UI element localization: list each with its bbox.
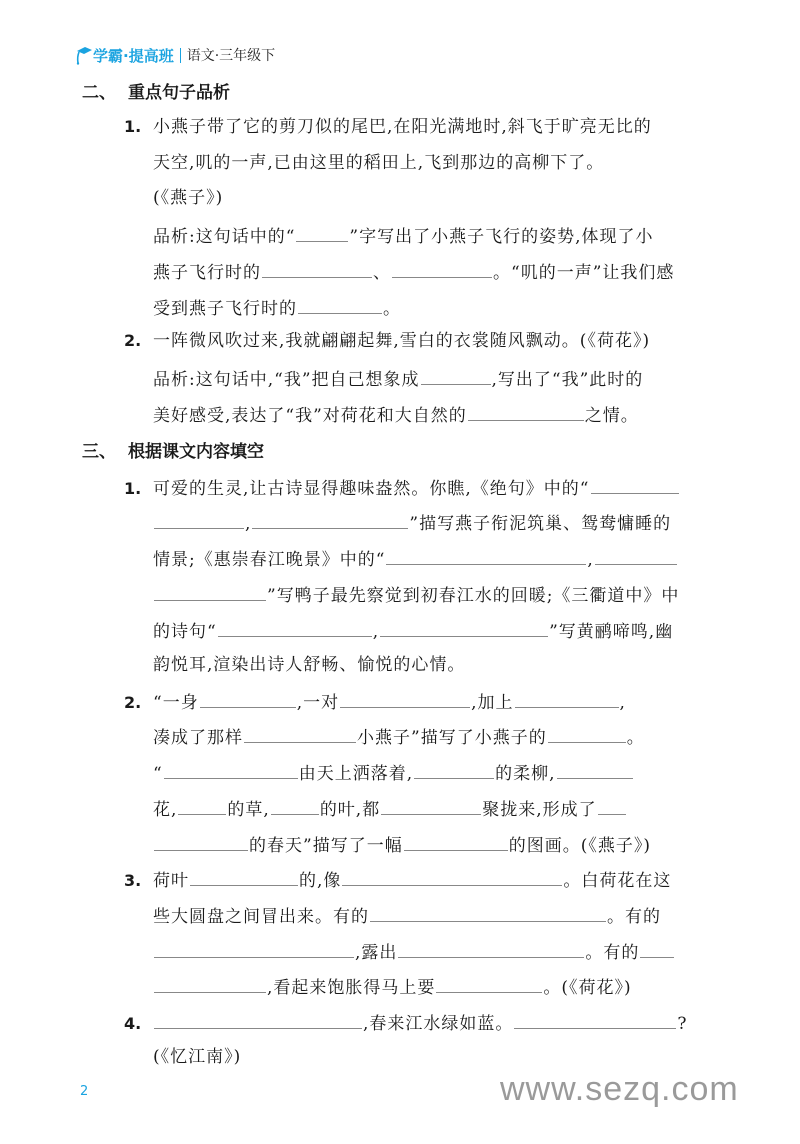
question-text: 的图画。(《燕子》): [509, 836, 651, 856]
answer-blank[interactable]: [218, 618, 372, 637]
question-number: 4.: [124, 1013, 153, 1035]
question-text: 。有的: [585, 943, 639, 963]
answer-blank[interactable]: [591, 475, 679, 494]
question-text: 小燕子”描写了小燕子的: [357, 728, 547, 748]
answer-blank[interactable]: [154, 939, 354, 958]
question-number: 2.: [124, 692, 153, 714]
answer-blank[interactable]: [381, 796, 481, 815]
section-title-text: 根据课文内容填空: [128, 442, 264, 462]
question-line: (《燕子》): [153, 187, 720, 209]
question-text: ”写鸭子最先察觉到初春江水的回暖;《三衢道中》中: [267, 586, 679, 606]
answer-blank[interactable]: [164, 760, 298, 779]
question-line: 凑成了那样小燕子”描写了小燕子的。: [153, 724, 720, 749]
brand-logo: 学霸·提高班: [74, 45, 174, 66]
answer-blank[interactable]: [548, 724, 626, 743]
question-line: ,”描写燕子衔泥筑巢、鸳鸯慵睡的: [153, 510, 720, 535]
answer-blank[interactable]: [154, 582, 266, 601]
question-line: 4.,春来江水绿如蓝。?: [124, 1010, 720, 1035]
graduation-cap-icon: [74, 45, 92, 65]
section-title-2: 二、重点句子品析: [82, 78, 230, 103]
answer-blank[interactable]: [154, 832, 248, 851]
analysis-line: 受到燕子飞行时的。: [153, 295, 720, 320]
question-line: ,看起来饱胀得马上要。(《荷花》): [153, 974, 720, 999]
question-line: “由天上洒落着,的柔柳,: [153, 760, 720, 785]
question-text: ”写黄鹂啼鸣,幽: [549, 622, 673, 642]
question-text: 的叶,都: [320, 800, 380, 820]
answer-blank[interactable]: [296, 223, 348, 242]
answer-blank[interactable]: [514, 1010, 676, 1029]
question-line: 1.小燕子带了它的剪刀似的尾巴,在阳光满地时,斜飞于旷亮无比的: [124, 116, 720, 138]
question-text: ?: [677, 1014, 687, 1034]
answer-blank[interactable]: [640, 939, 674, 958]
question-text: “一身: [153, 693, 199, 713]
question-line: 花,的草,的叶,都聚拢来,形成了: [153, 796, 720, 821]
question-line: 3.荷叶的,像。白荷花在这: [124, 867, 720, 892]
answer-blank[interactable]: [271, 796, 319, 815]
question-text: 小燕子带了它的剪刀似的尾巴,在阳光满地时,斜飞于旷亮无比的: [153, 117, 652, 137]
answer-blank[interactable]: [414, 760, 494, 779]
question-text: 可爱的生灵,让古诗显得趣味盎然。你瞧,《绝句》中的“: [153, 479, 590, 499]
question-text: 聚拢来,形成了: [482, 800, 596, 820]
analysis-line: 燕子飞行时的、。“叽的一声”让我们感: [153, 259, 720, 284]
question-number: 2.: [124, 330, 153, 352]
answer-blank[interactable]: [190, 867, 298, 886]
question-text: ,看起来饱胀得马上要: [267, 978, 435, 998]
question-text: ,一对: [297, 693, 339, 713]
question-line: 1.可爱的生灵,让古诗显得趣味盎然。你瞧,《绝句》中的“: [124, 475, 720, 500]
analysis-text: 品析:这句话中的“: [153, 227, 295, 247]
answer-blank[interactable]: [595, 546, 677, 565]
question-number: 3.: [124, 870, 153, 892]
analysis-text: 。: [383, 299, 401, 319]
question-line: 韵悦耳,渲染出诗人舒畅、愉悦的心情。: [153, 654, 720, 676]
question-text: 韵悦耳,渲染出诗人舒畅、愉悦的心情。: [153, 655, 465, 675]
question-line: 情景;《惠崇春江晚景》中的“,: [153, 546, 720, 571]
analysis-text: 之情。: [585, 406, 639, 426]
question-text: 荷叶: [153, 871, 189, 891]
question-number: 1.: [124, 116, 153, 138]
answer-blank[interactable]: [515, 689, 619, 708]
answer-blank[interactable]: [262, 259, 372, 278]
analysis-text: 、: [373, 263, 391, 283]
answer-blank[interactable]: [557, 760, 633, 779]
header-divider: [180, 48, 181, 63]
question-line: ,露出。有的: [153, 939, 720, 964]
answer-blank[interactable]: [380, 618, 548, 637]
question-line: 的春天”描写了一幅的图画。(《燕子》): [153, 832, 720, 857]
analysis-line: 美好感受,表达了“我”对荷花和大自然的之情。: [153, 402, 720, 427]
answer-blank[interactable]: [421, 366, 491, 385]
answer-blank[interactable]: [342, 867, 562, 886]
section-title-text: 重点句子品析: [128, 83, 230, 103]
section-number: 二、: [82, 78, 128, 103]
analysis-text: 品析:这句话中,“我”把自己想象成: [153, 370, 420, 390]
question-line: (《忆江南》): [153, 1046, 720, 1068]
answer-blank[interactable]: [386, 546, 586, 565]
question-text: ,加上: [471, 693, 513, 713]
question-text: 的草,: [227, 800, 269, 820]
answer-blank[interactable]: [298, 295, 382, 314]
answer-blank[interactable]: [370, 903, 606, 922]
page-header: 学霸·提高班 语文·三年级下: [74, 42, 275, 68]
analysis-line: 品析:这句话中的“”字写出了小燕子飞行的姿势,体现了小: [153, 223, 720, 248]
question-text: 些大圆盘之间冒出来。有的: [153, 907, 369, 927]
question-line: 些大圆盘之间冒出来。有的。有的: [153, 903, 720, 928]
question-text: 天空,叽的一声,已由这里的稻田上,飞到那边的高柳下了。: [153, 153, 604, 173]
question-text: “: [153, 764, 163, 784]
answer-blank[interactable]: [468, 402, 584, 421]
question-text: 凑成了那样: [153, 728, 243, 748]
question-line: 的诗句“,”写黄鹂啼鸣,幽: [153, 618, 720, 643]
section-title-3: 三、根据课文内容填空: [82, 437, 264, 462]
answer-blank[interactable]: [598, 796, 626, 815]
analysis-text: ,写出了“我”此时的: [492, 370, 644, 390]
section-number: 三、: [82, 437, 128, 462]
question-text: 的诗句“: [153, 622, 217, 642]
question-text: ,: [373, 622, 379, 642]
question-text: 的春天”描写了一幅: [249, 836, 403, 856]
question-text: ,: [245, 514, 251, 534]
analysis-text: 。“叽的一声”让我们感: [493, 263, 674, 283]
question-text: 的,像: [299, 871, 341, 891]
answer-blank[interactable]: [392, 259, 492, 278]
answer-blank[interactable]: [436, 974, 542, 993]
answer-blank[interactable]: [178, 796, 226, 815]
question-text: ,春来江水绿如蓝。: [363, 1014, 513, 1034]
question-text: ,: [587, 550, 593, 570]
subject-label: 语文·三年级下: [187, 45, 275, 65]
question-text: 。: [627, 728, 645, 748]
question-source: (《忆江南》): [153, 1047, 241, 1067]
brand-name: 学霸·提高班: [93, 45, 174, 66]
question-text: 花,: [153, 800, 177, 820]
question-text: ,露出: [355, 943, 397, 963]
question-text: 一阵微风吹过来,我就翩翩起舞,雪白的衣裳随风飘动。(《荷花》): [153, 331, 650, 351]
analysis-text: 受到燕子飞行时的: [153, 299, 297, 319]
question-text: 。白荷花在这: [563, 871, 671, 891]
analysis-line: 品析:这句话中,“我”把自己想象成,写出了“我”此时的: [153, 366, 720, 391]
answer-blank[interactable]: [154, 974, 266, 993]
question-text: 。(《荷花》): [543, 978, 631, 998]
question-source: (《燕子》): [153, 188, 223, 208]
question-line: 天空,叽的一声,已由这里的稻田上,飞到那边的高柳下了。: [153, 152, 720, 174]
answer-blank[interactable]: [404, 832, 508, 851]
watermark: www.sezq.com: [500, 1070, 739, 1109]
answer-blank[interactable]: [398, 939, 584, 958]
question-text: 。有的: [607, 907, 661, 927]
question-line: 2.一阵微风吹过来,我就翩翩起舞,雪白的衣裳随风飘动。(《荷花》): [124, 330, 720, 352]
question-number: 1.: [124, 478, 153, 500]
question-line: 2.“一身,一对,加上,: [124, 689, 720, 714]
question-text: 的柔柳,: [495, 764, 555, 784]
question-text: 情景;《惠崇春江晚景》中的“: [153, 550, 385, 570]
question-text: ”描写燕子衔泥筑巢、鸳鸯慵睡的: [409, 514, 671, 534]
answer-blank[interactable]: [200, 689, 296, 708]
question-text: 由天上洒落着,: [299, 764, 413, 784]
answer-blank[interactable]: [154, 510, 244, 529]
analysis-text: 美好感受,表达了“我”对荷花和大自然的: [153, 406, 467, 426]
analysis-text: ”字写出了小燕子飞行的姿势,体现了小: [349, 227, 653, 247]
question-line: ”写鸭子最先察觉到初春江水的回暖;《三衢道中》中: [153, 582, 720, 607]
answer-blank[interactable]: [244, 724, 356, 743]
answer-blank[interactable]: [340, 689, 470, 708]
analysis-text: 燕子飞行时的: [153, 263, 261, 283]
question-text: ,: [620, 693, 626, 713]
answer-blank[interactable]: [154, 1010, 362, 1029]
answer-blank[interactable]: [252, 510, 408, 529]
page-number: 2: [80, 1084, 88, 1099]
